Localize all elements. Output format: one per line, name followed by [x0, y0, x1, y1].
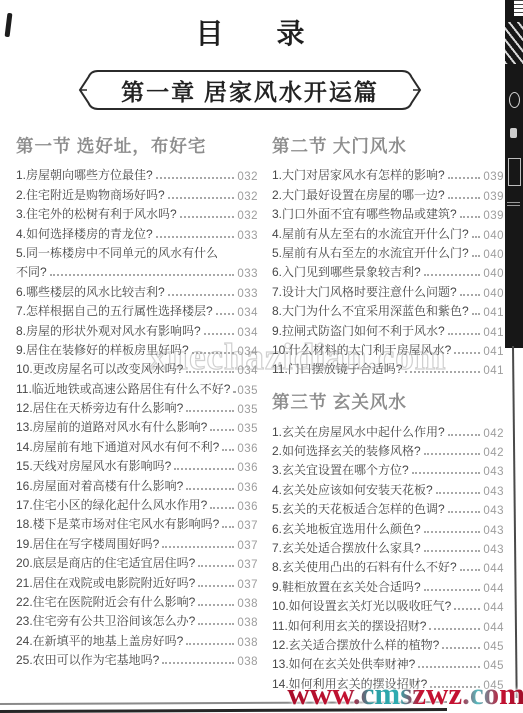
- page-number: 037: [237, 540, 258, 552]
- page-title: 目 录: [0, 12, 500, 52]
- dotted-leader: [198, 585, 234, 587]
- toc-item-text: 9.鞋柜放置在玄关处合适吗?: [272, 578, 421, 595]
- toc-item: 13.如何在玄关处供奉财神?045: [272, 653, 504, 672]
- book-edge-glyph: [510, 128, 517, 138]
- dotted-leader: [436, 492, 481, 494]
- dotted-leader: [156, 236, 235, 238]
- page-edge-lines: [514, 0, 523, 16]
- toc-item-text: 2.如何选择玄关的装修风格?: [272, 442, 421, 459]
- section-title: 第三节 玄关风水: [272, 390, 504, 414]
- toc-item: 22.住宅在医院附近会有什么影响?038: [16, 591, 258, 610]
- dotted-leader: [180, 216, 235, 218]
- dotted-leader: [222, 526, 234, 528]
- dotted-leader: [210, 429, 234, 431]
- page-number: 034: [237, 327, 258, 339]
- site-watermark: www.cmszwz.com: [287, 676, 523, 712]
- page-number: 036: [237, 462, 258, 474]
- toc-item-text: 6.入门见到哪些景象较吉利?: [272, 263, 421, 280]
- page-number: 037: [237, 520, 258, 532]
- page-number: 039: [483, 210, 504, 222]
- page-number: 044: [483, 602, 504, 614]
- toc-item-text: 11.门口摆放镜子合适吗?: [272, 360, 402, 377]
- toc-item: 7.设计大门风格时要注意什么问题?040: [272, 280, 504, 299]
- dotted-leader: [186, 410, 234, 412]
- dotted-leader: [472, 255, 481, 257]
- toc-item-text: 3.门口外面不宜有哪些物品或建筑?: [272, 205, 457, 222]
- toc-item: 9.拉闸式防盗门如何不利于风水?041: [272, 319, 504, 338]
- toc-item-text: 24.在新填平的地基上盖房好吗?: [16, 632, 183, 649]
- dotted-leader: [424, 550, 481, 552]
- page-number: 037: [237, 579, 258, 591]
- toc-item: 3.玄关宜设置在哪个方位?043: [272, 459, 504, 478]
- toc-item: 11.门口摆放镜子合适吗?041: [272, 358, 504, 377]
- toc-right-column: 第二节 大门风水 1.大门对居家风水有怎样的影响?0392.大门最好设置在房屋的…: [272, 128, 504, 692]
- dotted-leader: [210, 507, 234, 509]
- toc-item: 4.屋前有从左至右的水流宜开什么门?040: [272, 222, 504, 241]
- toc-item: 24.在新填平的地基上盖房好吗?038: [16, 629, 258, 648]
- page-number: 033: [237, 288, 258, 300]
- page-number: 033: [237, 230, 258, 242]
- toc-item: 20.底层是商店的住宅适宜居住吗?037: [16, 552, 258, 571]
- toc-item: 12.玄关适合摆放什么样的植物?045: [272, 634, 504, 653]
- toc-item-text: 7.设计大门风格时要注意什么问题?: [272, 283, 457, 300]
- toc-item: 2.大门最好设置在房屋的哪一边?039: [272, 183, 504, 202]
- page-number: 035: [237, 423, 258, 435]
- toc-item-text: 11.如何利用玄关的摆设招财?: [272, 617, 426, 634]
- dotted-leader: [448, 333, 481, 335]
- dotted-leader: [460, 569, 481, 571]
- toc-item: 4.玄关处应该如何安装天花板?043: [272, 478, 504, 497]
- toc-item-text: 3.玄关宜设置在哪个方位?: [272, 461, 409, 478]
- page-spine-line: [512, 346, 518, 698]
- toc-item: 12.居住在天桥旁边有什么影响?035: [16, 397, 258, 416]
- page-number: 036: [237, 482, 258, 494]
- page-number: 035: [237, 404, 258, 416]
- toc-item-text: 3.住宅外的松树有利于风水吗?: [16, 205, 177, 222]
- dotted-leader: [418, 666, 480, 668]
- dotted-leader: [424, 589, 481, 591]
- page-number: 042: [483, 447, 504, 459]
- page-number: 032: [237, 171, 258, 183]
- page-number: 036: [237, 443, 258, 455]
- toc-item-text: 5.屋前有从右至左的水流宜开什么门?: [272, 244, 469, 261]
- toc-item: 4.如何选择楼房的青龙位?033: [16, 222, 258, 241]
- page-number: 036: [237, 501, 258, 513]
- chapter-banner-title: 第一章 居家风水开运篇: [78, 68, 422, 112]
- book-edge-hatch: [505, 22, 523, 64]
- toc-item-text: 10.什么材料的大门利于房屋风水?: [272, 341, 451, 358]
- toc-item: 2.如何选择玄关的装修风格?042: [272, 440, 504, 459]
- toc-item-text: 13.房屋前的道路对风水有什么影响?: [16, 418, 207, 435]
- dotted-leader: [472, 313, 481, 315]
- toc-item-text: 14.房屋前有地下通道对风水有何不利?: [16, 438, 219, 455]
- toc-item-text: 12.居住在天桥旁边有什么影响?: [16, 399, 183, 416]
- toc-item: 1.房屋朝向哪些方位最佳?032: [16, 164, 258, 183]
- toc-item-text: 20.底层是商店的住宅适宜居住吗?: [16, 554, 195, 571]
- page-number: 043: [483, 486, 504, 498]
- toc-item-list: 1.大门对居家风水有怎样的影响?0392.大门最好设置在房屋的哪一边?0393.…: [272, 164, 504, 377]
- dotted-leader: [448, 511, 481, 513]
- dotted-leader: [216, 313, 235, 315]
- page-number: 032: [237, 210, 258, 222]
- toc-item: 25.农田可以作为宅基地吗?038: [16, 649, 258, 668]
- dotted-leader: [186, 488, 234, 490]
- toc-item: 8.玄关使用凸出的石料有什么不好?044: [272, 556, 504, 575]
- page-number: 045: [483, 660, 504, 672]
- dotted-leader: [186, 643, 234, 645]
- toc-item: 2.住宅附近是购物商场好吗?032: [16, 183, 258, 202]
- page-number: 042: [483, 428, 504, 440]
- toc-item: 5.玄关的天花板适合怎样的色调?043: [272, 498, 504, 517]
- toc-item-list: 1.房屋朝向哪些方位最佳?0322.住宅附近是购物商场好吗?0323.住宅外的松…: [16, 164, 258, 668]
- toc-item-text: 15.天线对房屋风水有影响吗?: [16, 457, 171, 474]
- dotted-leader: [156, 177, 235, 179]
- page-number: 041: [483, 365, 504, 377]
- toc-item-text: 10.更改房屋名可以改变风水吗?: [16, 360, 183, 377]
- chapter-banner-wrap: 第一章 居家风水开运篇: [0, 68, 500, 112]
- page-number: 032: [237, 191, 258, 203]
- page-number: 040: [483, 230, 504, 242]
- page-number: 041: [483, 307, 504, 319]
- dotted-leader: [454, 352, 480, 354]
- toc-item: 10.更改房屋名可以改变风水吗?034: [16, 358, 258, 377]
- page-number: 044: [483, 583, 504, 595]
- dotted-leader: [168, 197, 235, 199]
- dotted-leader: [412, 472, 481, 474]
- section-title: 第二节 大门风水: [272, 134, 504, 158]
- dotted-leader: [162, 662, 234, 664]
- toc-item: 16.房屋面对着高楼有什么影响?036: [16, 474, 258, 493]
- page-number: 038: [237, 617, 258, 629]
- toc-item-text: 9.拉闸式防盗门如何不利于风水?: [272, 322, 445, 339]
- toc-item-text: 22.住宅在医院附近会有什么影响?: [16, 593, 195, 610]
- page-number: 041: [483, 327, 504, 339]
- toc-item-text: 8.房屋的形状外观对风水有影响吗?: [16, 322, 201, 339]
- toc-item-text: 2.大门最好设置在房屋的哪一边?: [272, 186, 445, 203]
- toc-item-text: 6.哪些楼层的风水比较吉利?: [16, 283, 165, 300]
- dotted-leader: [424, 453, 481, 455]
- toc-item-text: 9.居住在装修好的样板房里好吗?: [16, 341, 189, 358]
- toc-item-text: 7.玄关处适合摆放什么家具?: [272, 539, 421, 556]
- book-edge-glyph: [509, 92, 520, 108]
- page-number: 043: [483, 466, 504, 478]
- page-number: 038: [237, 598, 258, 610]
- page-number: 043: [483, 505, 504, 517]
- toc-item: 23.住宅旁有公共卫浴间该怎么办?038: [16, 610, 258, 629]
- dotted-leader: [233, 391, 234, 393]
- book-edge-glyph: [508, 158, 521, 186]
- page-number: 040: [483, 288, 504, 300]
- page-number: 039: [483, 171, 504, 183]
- page-number: 045: [483, 641, 504, 653]
- toc-item-text: 19.居住在写字楼周围好吗?: [16, 535, 159, 552]
- page-number: 041: [483, 346, 504, 358]
- toc-item-text: 16.房屋面对着高楼有什么影响?: [16, 477, 183, 494]
- toc-item-text: 23.住宅旁有公共卫浴间该怎么办?: [16, 612, 195, 629]
- dotted-leader: [460, 294, 481, 296]
- dotted-leader: [424, 274, 481, 276]
- toc-item-text: 18.楼下是菜市场对住宅风水有影响吗?: [16, 515, 219, 532]
- toc-item-text: 11.临近地铁或高速公路居住有什么不好?: [16, 380, 230, 397]
- toc-item: 21.居住在戏院或电影院附近好吗?037: [16, 571, 258, 590]
- dotted-leader: [472, 236, 481, 238]
- dotted-leader: [174, 468, 234, 470]
- dotted-leader: [448, 177, 481, 179]
- dotted-leader: [460, 216, 481, 218]
- toc-item-text: 4.如何选择楼房的青龙位?: [16, 225, 153, 242]
- page-number: 040: [483, 268, 504, 280]
- toc-item: 1.大门对居家风水有怎样的影响?039: [272, 164, 504, 183]
- toc-item: 11.临近地铁或高速公路居住有什么不好?035: [16, 377, 258, 396]
- toc-item: 10.如何设置玄关灯光以吸收旺气?044: [272, 595, 504, 614]
- page-number: 034: [237, 365, 258, 377]
- dotted-leader: [405, 371, 480, 373]
- toc-item-text: 8.玄关使用凸出的石料有什么不好?: [272, 558, 457, 575]
- dotted-leader: [222, 449, 234, 451]
- book-edge: [505, 0, 523, 348]
- page-number: 039: [483, 191, 504, 203]
- dotted-leader: [198, 565, 234, 567]
- toc-item-text: 1.玄关在房屋风水中起什么作用?: [272, 423, 445, 440]
- page-number: 043: [483, 544, 504, 556]
- toc-item-text: 4.屋前有从左至右的水流宜开什么门?: [272, 225, 469, 242]
- dotted-leader: [448, 197, 481, 199]
- toc-item: 10.什么材料的大门利于房屋风水?041: [272, 339, 504, 358]
- page-number: 040: [483, 249, 504, 261]
- page-number: 038: [237, 656, 258, 668]
- toc-item: 6.入门见到哪些景象较吉利?040: [272, 261, 504, 280]
- toc-item-text: 7.怎样根据自己的五行属性选择楼层?: [16, 302, 213, 319]
- dotted-leader: [198, 623, 234, 625]
- page-number: 037: [237, 559, 258, 571]
- dotted-leader: [198, 604, 234, 606]
- toc-item: 13.房屋前的道路对风水有什么影响?035: [16, 416, 258, 435]
- toc-item: 15.天线对房屋风水有影响吗?036: [16, 455, 258, 474]
- toc-item: 7.怎样根据自己的五行属性选择楼层?034: [16, 300, 258, 319]
- toc-item: 11.如何利用玄关的摆设招财?044: [272, 614, 504, 633]
- toc-item: 5.屋前有从右至左的水流宜开什么门?040: [272, 242, 504, 261]
- dotted-leader: [448, 434, 481, 436]
- toc-item: 18.楼下是菜市场对住宅风水有影响吗?037: [16, 513, 258, 532]
- page-number: 044: [483, 622, 504, 634]
- page-number: 043: [483, 525, 504, 537]
- page-number: 044: [483, 563, 504, 575]
- toc-item: 17.住宅小区的绿化起什么风水作用?036: [16, 494, 258, 513]
- dotted-leader: [192, 352, 235, 354]
- toc-item-text: 21.居住在戏院或电影院附近好吗?: [16, 574, 195, 591]
- book-edge-glyph: [507, 200, 520, 206]
- page-number: 034: [237, 346, 258, 358]
- toc-item-text: 2.住宅附近是购物商场好吗?: [16, 186, 165, 203]
- toc-item-list: 1.玄关在房屋风水中起什么作用?0422.如何选择玄关的装修风格?0423.玄关…: [272, 420, 504, 691]
- page-number: 035: [237, 385, 258, 397]
- toc-item: 9.鞋柜放置在玄关处合适吗?044: [272, 575, 504, 594]
- toc-item-text: 10.如何设置玄关灯光以吸收旺气?: [272, 597, 451, 614]
- toc-item-text: 8.大门为什么不宜采用深蓝色和紫色?: [272, 302, 469, 319]
- toc-item: 3.门口外面不宜有哪些物品或建筑?039: [272, 203, 504, 222]
- toc-item-text: 5.同一栋楼房中不同单元的风水有什么: [16, 244, 218, 261]
- toc-item-text: 13.如何在玄关处供奉财神?: [272, 655, 415, 672]
- dotted-leader: [429, 628, 480, 630]
- toc-item: 6.玄关地板宜选用什么颜色?043: [272, 517, 504, 536]
- toc-item: 8.大门为什么不宜采用深蓝色和紫色?041: [272, 300, 504, 319]
- section-title: 第一节 选好址，布好宅: [16, 134, 258, 158]
- toc-item: 7.玄关处适合摆放什么家具?043: [272, 537, 504, 556]
- toc-item: 14.房屋前有地下通道对风水有何不利?036: [16, 435, 258, 454]
- page-number: 034: [237, 307, 258, 319]
- toc-item: 19.居住在写字楼周围好吗?037: [16, 532, 258, 551]
- page-number: 038: [237, 637, 258, 649]
- toc-item-text: 17.住宅小区的绿化起什么风水作用?: [16, 496, 207, 513]
- toc-item-text: 25.农田可以作为宅基地吗?: [16, 651, 159, 668]
- toc-item-text: 1.房屋朝向哪些方位最佳?: [16, 166, 153, 183]
- toc-item: 9.居住在装修好的样板房里好吗?034: [16, 339, 258, 358]
- dotted-leader: [168, 294, 235, 296]
- toc-item: 5.同一栋楼房中不同单元的风水有什么: [16, 242, 258, 261]
- toc-item: 8.房屋的形状外观对风水有影响吗?034: [16, 319, 258, 338]
- dotted-leader: [204, 333, 235, 335]
- toc-item-text: 不同?: [16, 263, 47, 280]
- dotted-leader: [442, 647, 480, 649]
- toc-item-text: 5.玄关的天花板适合怎样的色调?: [272, 500, 445, 517]
- dotted-leader: [186, 371, 234, 373]
- toc-item-text: 1.大门对居家风水有怎样的影响?: [272, 166, 445, 183]
- toc-item-text: 4.玄关处应该如何安装天花板?: [272, 481, 433, 498]
- toc-item: 1.玄关在房屋风水中起什么作用?042: [272, 420, 504, 439]
- dotted-leader: [162, 546, 234, 548]
- dotted-leader: [424, 531, 481, 533]
- toc-item: 6.哪些楼层的风水比较吉利?033: [16, 280, 258, 299]
- chapter-banner: 第一章 居家风水开运篇: [78, 68, 422, 112]
- toc-item: 3.住宅外的松树有利于风水吗?032: [16, 203, 258, 222]
- toc-item-text: 12.玄关适合摆放什么样的植物?: [272, 636, 439, 653]
- dotted-leader: [50, 274, 235, 276]
- toc-item: 不同?033: [16, 261, 258, 280]
- page-number: 033: [237, 268, 258, 280]
- dotted-leader: [454, 608, 480, 610]
- toc-item-text: 6.玄关地板宜选用什么颜色?: [272, 520, 421, 537]
- toc-left-column: 第一节 选好址，布好宅 1.房屋朝向哪些方位最佳?0322.住宅附近是购物商场好…: [16, 128, 258, 668]
